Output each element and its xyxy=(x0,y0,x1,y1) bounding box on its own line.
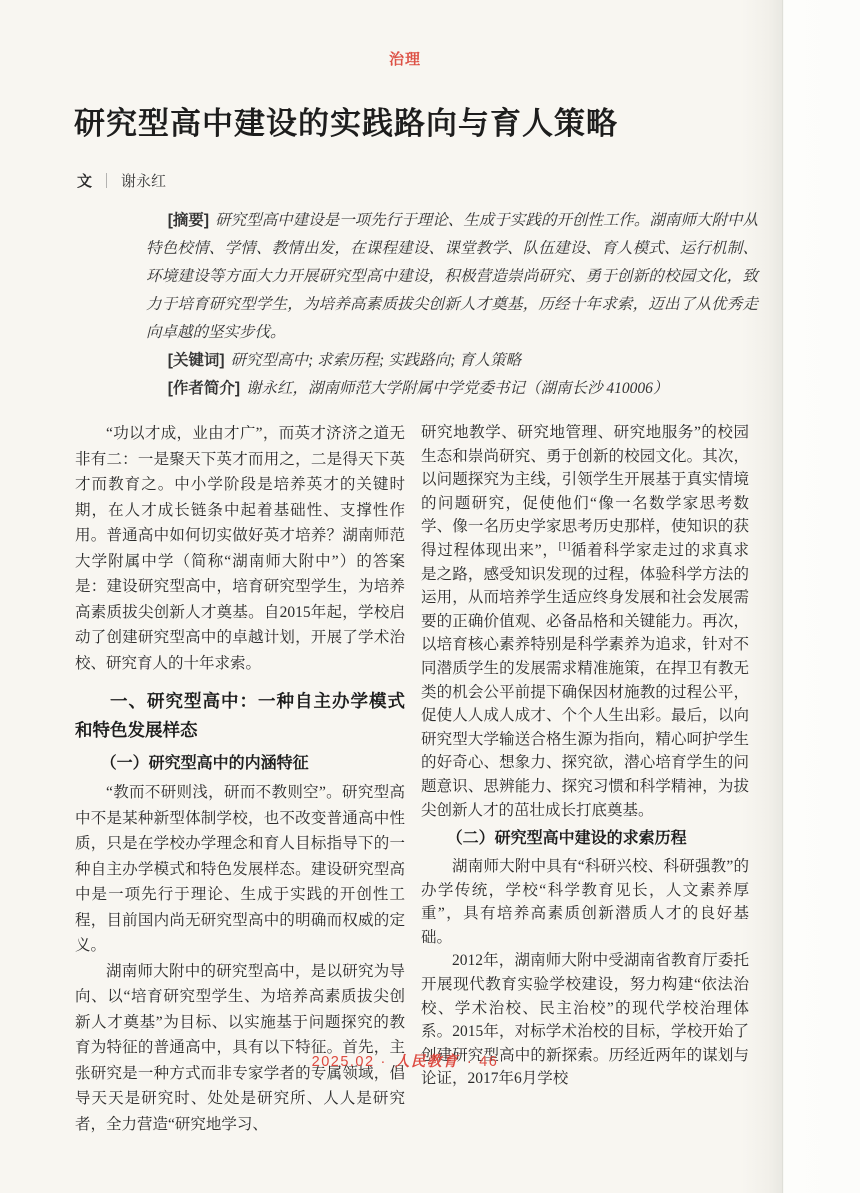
paragraph-features-continued: 研究地教学、研究地管理、研究地服务”的校园生态和崇尚研究、勇于创新的校园文化。其… xyxy=(421,421,749,822)
author-bio-label: [作者简介] xyxy=(168,380,240,397)
section-tag: 治理 xyxy=(75,48,735,69)
paragraph-features-start: 湖南师大附中的研究型高中，是以研究为导向、以“培育研究型学生、为培养高素质拔尖创… xyxy=(75,959,405,1138)
keywords-label: [关键词] xyxy=(168,352,225,369)
keywords-text: 研究型高中; 求索历程; 实践路向; 育人策略 xyxy=(231,352,522,369)
author-bio-line: [作者简介]谢永红，湖南师范大学附属中学党委书记（湖南长沙 410006） xyxy=(146,375,758,403)
intro-paragraph: “功以才成，业由才广”，而英才济济之道无非有二：一是聚天下英才而用之，二是得天下… xyxy=(75,421,405,676)
footer-brand: 人民教育 xyxy=(395,1054,459,1070)
subsection-heading-1: （一）研究型高中的内涵特征 xyxy=(75,751,405,776)
abstract-block: [摘要]研究型高中建设是一项先行于理论、生成于实践的开创性工作。湖南师大附中从特… xyxy=(146,207,758,403)
paragraph-tradition: 湖南师大附中具有“科研兴校、科研强教”的办学传统，学校“科学教育见长，人文素养厚… xyxy=(421,855,749,949)
section-heading-1: 一、研究型高中：一种自主办学模式和特色发展样态 xyxy=(75,687,405,745)
page-footer: 2025.02·人民教育·46 xyxy=(75,1050,735,1071)
abstract-label: [摘要] xyxy=(168,212,209,229)
byline-prefix: 文 xyxy=(77,173,92,190)
keywords-line: [关键词]研究型高中; 求索历程; 实践路向; 育人策略 xyxy=(146,347,758,375)
author-name: 谢永红 xyxy=(121,173,166,190)
paragraph-definition: “教而不研则浅，研而不教则空”。研究型高中不是某种新型体制学校，也不改变普通高中… xyxy=(75,780,405,959)
author-bio-text: 谢永红，湖南师范大学附属中学党委书记（湖南长沙 410006） xyxy=(246,380,668,397)
magazine-page: 治理 研究型高中建设的实践路向与育人策略 文｜谢永红 [摘要]研究型高中建设是一… xyxy=(0,0,860,1193)
footer-page-number: 46 xyxy=(479,1054,498,1070)
article-body: “功以才成，业由才广”，而英才济济之道无非有二：一是聚天下英才而用之，二是得天下… xyxy=(75,421,749,1137)
footer-separator: · xyxy=(467,1054,473,1070)
features-continued-part2: 循着科学家走过的求真求是之路，感受知识发现的过程，体验科学方法的运用，从而培养学… xyxy=(421,542,749,819)
byline: 文｜谢永红 xyxy=(77,170,166,191)
footnote-ref: [1] xyxy=(559,541,571,552)
abstract-paragraph: [摘要]研究型高中建设是一项先行于理论、生成于实践的开创性工作。湖南师大附中从特… xyxy=(146,207,758,347)
left-column: “功以才成，业由才广”，而英才济济之道无非有二：一是聚天下英才而用之，二是得天下… xyxy=(75,421,405,1137)
features-continued-part1: 研究地教学、研究地管理、研究地服务”的校园生态和崇尚研究、勇于创新的校园文化。其… xyxy=(421,424,749,559)
footer-issue: 2025.02 xyxy=(312,1054,375,1070)
subsection-heading-2: （二）研究型高中建设的求索历程 xyxy=(421,826,749,851)
article-title: 研究型高中建设的实践路向与育人策略 xyxy=(74,98,774,143)
abstract-text: 研究型高中建设是一项先行于理论、生成于实践的开创性工作。湖南师大附中从特色校情、… xyxy=(146,212,758,341)
right-column: 研究地教学、研究地管理、研究地服务”的校园生态和崇尚研究、勇于创新的校园文化。其… xyxy=(421,421,749,1137)
byline-separator: ｜ xyxy=(99,173,114,190)
footer-separator: · xyxy=(381,1054,387,1070)
